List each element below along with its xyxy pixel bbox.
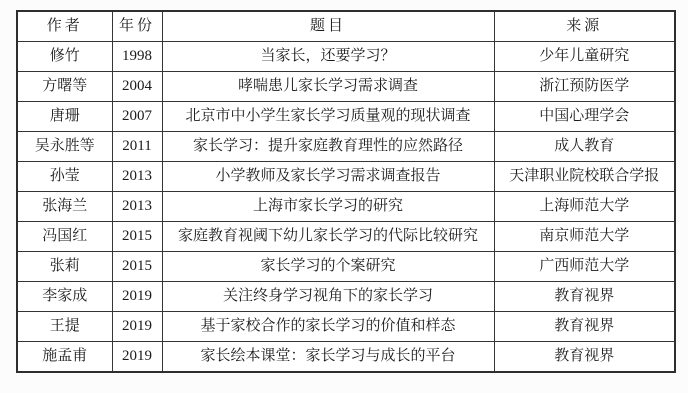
table-row: 施孟甫2019家长绘本课堂：家长学习与成长的平台教育视界 [17, 342, 675, 373]
header-author: 作者 [17, 11, 112, 42]
cell-year: 2019 [112, 282, 162, 312]
table-row: 唐珊2007北京市中小学生家长学习质量观的现状调查中国心理学会 [17, 102, 675, 132]
table-row: 张海兰2013上海市家长学习的研究上海师范大学 [17, 192, 675, 222]
cell-author: 李家成 [17, 282, 112, 312]
cell-title: 哮喘患儿家长学习需求调查 [162, 72, 494, 102]
header-year: 年份 [112, 11, 162, 42]
cell-source: 广西师范大学 [494, 252, 675, 282]
cell-source: 教育视界 [494, 312, 675, 342]
cell-author: 方曙等 [17, 72, 112, 102]
table-body: 修竹1998当家长，还要学习？少年儿童研究方曙等2004哮喘患儿家长学习需求调查… [17, 42, 675, 373]
cell-source: 成人教育 [494, 132, 675, 162]
table-row: 冯国红2015家庭教育视阈下幼儿家长学习的代际比较研究南京师范大学 [17, 222, 675, 252]
cell-title: 当家长，还要学习？ [162, 42, 494, 72]
cell-year: 2013 [112, 162, 162, 192]
cell-title: 基于家校合作的家长学习的价值和样态 [162, 312, 494, 342]
cell-source: 教育视界 [494, 342, 675, 373]
cell-year: 2013 [112, 192, 162, 222]
table-header: 作者 年份 题目 来源 [17, 11, 675, 42]
cell-source: 天津职业院校联合学报 [494, 162, 675, 192]
cell-title: 小学教师及家长学习需求调查报告 [162, 162, 494, 192]
cell-title: 关注终身学习视角下的家长学习 [162, 282, 494, 312]
cell-year: 2007 [112, 102, 162, 132]
header-title: 题目 [162, 11, 494, 42]
cell-title: 北京市中小学生家长学习质量观的现状调查 [162, 102, 494, 132]
table-row: 方曙等2004哮喘患儿家长学习需求调查浙江预防医学 [17, 72, 675, 102]
cell-title: 家庭教育视阈下幼儿家长学习的代际比较研究 [162, 222, 494, 252]
table-row: 王提2019基于家校合作的家长学习的价值和样态教育视界 [17, 312, 675, 342]
cell-source: 教育视界 [494, 282, 675, 312]
cell-year: 2004 [112, 72, 162, 102]
cell-source: 上海师范大学 [494, 192, 675, 222]
cell-author: 冯国红 [17, 222, 112, 252]
cell-title: 家长学习的个案研究 [162, 252, 494, 282]
header-source: 来源 [494, 11, 675, 42]
cell-source: 南京师范大学 [494, 222, 675, 252]
table-row: 孙莹2013小学教师及家长学习需求调查报告天津职业院校联合学报 [17, 162, 675, 192]
cell-author: 唐珊 [17, 102, 112, 132]
cell-year: 1998 [112, 42, 162, 72]
cell-source: 少年儿童研究 [494, 42, 675, 72]
cell-author: 施孟甫 [17, 342, 112, 373]
table-row: 张莉2015家长学习的个案研究广西师范大学 [17, 252, 675, 282]
cell-title: 家长学习：提升家庭教育理性的应然路径 [162, 132, 494, 162]
cell-source: 中国心理学会 [494, 102, 675, 132]
cell-author: 孙莹 [17, 162, 112, 192]
header-row: 作者 年份 题目 来源 [17, 11, 675, 42]
cell-author: 王提 [17, 312, 112, 342]
cell-year: 2019 [112, 342, 162, 373]
cell-year: 2015 [112, 252, 162, 282]
table-row: 李家成2019关注终身学习视角下的家长学习教育视界 [17, 282, 675, 312]
cell-author: 张莉 [17, 252, 112, 282]
cell-year: 2015 [112, 222, 162, 252]
cell-author: 修竹 [17, 42, 112, 72]
cell-author: 吴永胜等 [17, 132, 112, 162]
literature-table: 作者 年份 题目 来源 修竹1998当家长，还要学习？少年儿童研究方曙等2004… [16, 10, 676, 373]
cell-year: 2011 [112, 132, 162, 162]
cell-source: 浙江预防医学 [494, 72, 675, 102]
cell-title: 上海市家长学习的研究 [162, 192, 494, 222]
table-row: 吴永胜等2011家长学习：提升家庭教育理性的应然路径成人教育 [17, 132, 675, 162]
cell-title: 家长绘本课堂：家长学习与成长的平台 [162, 342, 494, 373]
table-row: 修竹1998当家长，还要学习？少年儿童研究 [17, 42, 675, 72]
cell-year: 2019 [112, 312, 162, 342]
cell-author: 张海兰 [17, 192, 112, 222]
